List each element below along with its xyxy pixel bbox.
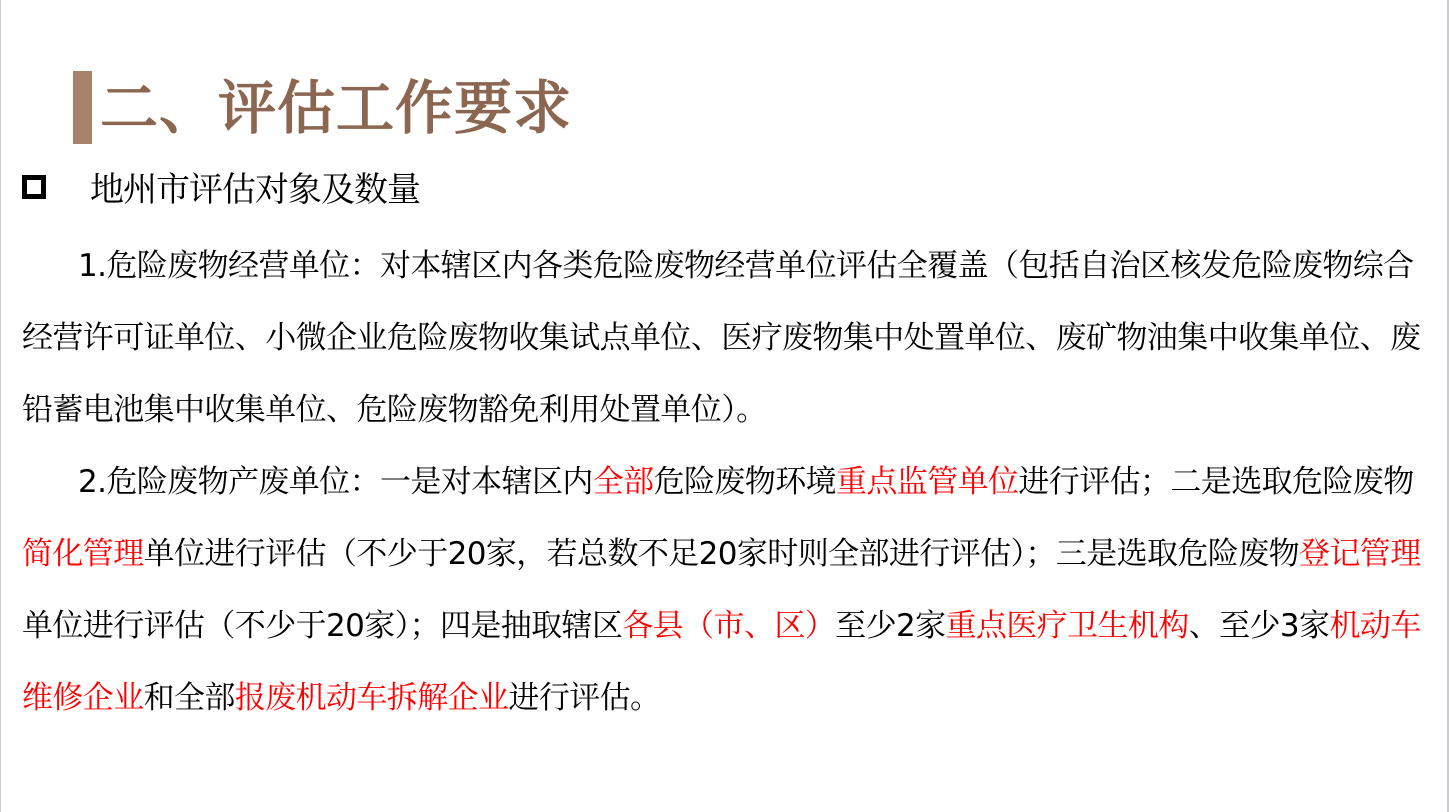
paragraph-1-text: 1.危险废物经营单位：对本辖区内各类危险废物经营单位评估全覆盖（包括自治区核发危…	[22, 248, 1420, 428]
body-text: 1.危险废物经营单位：对本辖区内各类危险废物经营单位评估全覆盖（包括自治区核发危…	[22, 230, 1442, 734]
text-segment: 单位进行评估（不少于20家）；四是抽取辖区	[22, 608, 622, 644]
text-segment: 进行评估。	[508, 680, 660, 716]
square-bullet-icon	[22, 175, 46, 199]
text-segment: 和全部	[144, 680, 235, 716]
text-segment: 危险废物环境	[654, 464, 836, 500]
highlight-segment: 全部	[593, 464, 654, 500]
highlight-segment: 重点监管单位	[836, 464, 1018, 500]
highlight-segment: 登记管理	[1299, 536, 1421, 572]
slide-border-left	[0, 0, 1, 812]
highlight-segment: 重点医疗卫生机构	[946, 608, 1189, 644]
subheading-text: 地州市评估对象及数量	[90, 162, 420, 211]
text-segment: 单位进行评估（不少于20家，若总数不足20家时则全部进行评估）；三是选取危险废物	[144, 536, 1299, 572]
highlight-segment: 报废机动车拆解企业	[235, 680, 509, 716]
slide-title: 二、评估工作要求	[100, 70, 572, 146]
title-accent-bar	[73, 71, 92, 144]
text-segment: 至少2家	[835, 608, 945, 644]
highlight-segment: 各县（市、区）	[622, 608, 835, 644]
text-segment: 、至少3家	[1189, 608, 1330, 644]
text-segment: 2.危险废物产废单位：一是对本辖区内	[78, 464, 593, 500]
paragraph-1: 1.危险废物经营单位：对本辖区内各类危险废物经营单位评估全覆盖（包括自治区核发危…	[22, 230, 1442, 446]
subheading: 地州市评估对象及数量	[22, 160, 420, 212]
highlight-segment: 简化管理	[22, 536, 144, 572]
paragraph-2: 2.危险废物产废单位：一是对本辖区内全部危险废物环境重点监管单位进行评估；二是选…	[22, 446, 1442, 734]
text-segment: 进行评估；二是选取危险废物	[1018, 464, 1413, 500]
